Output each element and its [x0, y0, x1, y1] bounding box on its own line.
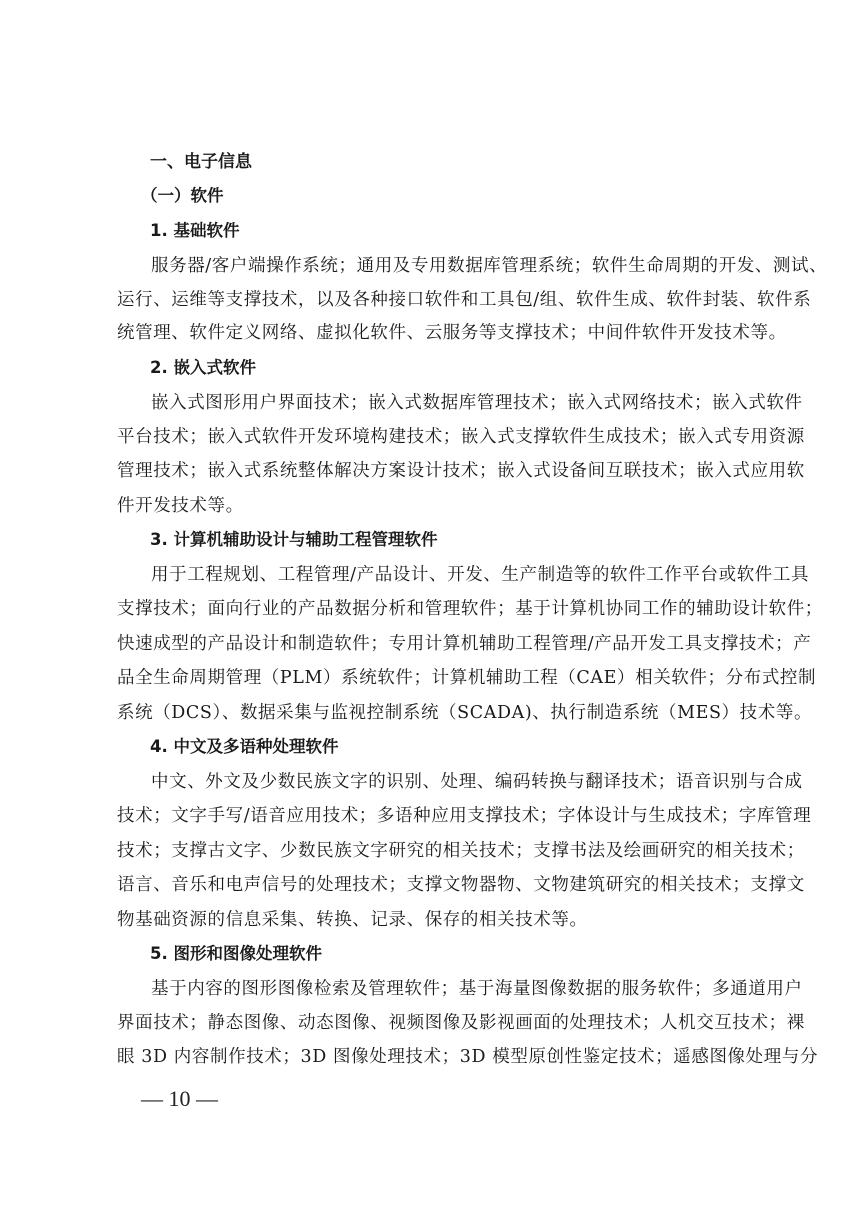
paragraph-line: 系统（DCS）、数据采集与监视控制系统（SCADA)、执行制造系统（MES）技术…: [117, 696, 742, 730]
paragraph-line: 界面技术；静态图像、动态图像、视频图像及影视画面的处理技术；人机交互技术；裸: [117, 1006, 742, 1040]
paragraph-line: 运行、运维等支撑技术，以及各种接口软件和工具包/组、软件生成、软件封装、软件系: [117, 283, 742, 317]
paragraph-line: 物基础资源的信息采集、转换、记录、保存的相关技术等。: [117, 903, 742, 937]
page-number: — 10 —: [141, 1083, 218, 1115]
paragraph-line: 嵌入式图形用户界面技术；嵌入式数据库管理技术；嵌入式网络技术；嵌入式软件: [151, 386, 742, 420]
document-page: 一、电子信息 （一）软件 1. 基础软件 服务器/客户端操作系统；通用及专用数据…: [0, 0, 860, 1216]
item-heading-1: 1. 基础软件: [150, 214, 775, 248]
paragraph-line: 技术；文字手写/语音应用技术；多语种应用支撑技术；字体设计与生成技术；字库管理: [117, 799, 742, 833]
item-heading-3: 3. 计算机辅助设计与辅助工程管理软件: [150, 523, 775, 557]
paragraph-line: 品全生命周期管理（PLM）系统软件；计算机辅助工程（CAE）相关软件；分布式控制: [117, 661, 742, 695]
paragraph-line: 管理技术；嵌入式系统整体解决方案设计技术；嵌入式设备间互联技术；嵌入式应用软: [117, 454, 742, 488]
paragraph-line: 基于内容的图形图像检索及管理软件；基于海量图像数据的服务软件；多通道用户: [151, 972, 742, 1006]
paragraph-line: 中文、外文及少数民族文字的识别、处理、编码转换与翻译技术；语音识别与合成: [151, 765, 742, 799]
paragraph-line: 用于工程规划、工程管理/产品设计、开发、生产制造等的软件工作平台或软件工具: [151, 558, 742, 592]
paragraph-line: 服务器/客户端操作系统；通用及专用数据库管理系统；软件生命周期的开发、测试、: [151, 249, 742, 283]
item-heading-5: 5. 图形和图像处理软件: [150, 937, 775, 971]
paragraph-line: 统管理、软件定义网络、虚拟化软件、云服务等支撑技术；中间件软件开发技术等。: [117, 316, 742, 350]
section-title: 一、电子信息: [150, 145, 775, 179]
item-heading-4: 4. 中文及多语种处理软件: [150, 730, 775, 764]
paragraph-line: 技术；支撑古文字、少数民族文字研究的相关技术；支撑书法及绘画研究的相关技术；: [117, 834, 742, 868]
paragraph-line: 支撑技术；面向行业的产品数据分析和管理软件；基于计算机协同工作的辅助设计软件；: [117, 592, 742, 626]
paragraph-line: 快速成型的产品设计和制造软件；专用计算机辅助工程管理/产品开发工具支撑技术；产: [117, 627, 742, 661]
paragraph-line: 眼 3D 内容制作技术；3D 图像处理技术；3D 模型原创性鉴定技术；遥感图像处…: [117, 1040, 742, 1074]
subsection-title: （一）软件: [141, 179, 766, 213]
item-heading-2: 2. 嵌入式软件: [150, 351, 775, 385]
paragraph-line: 平台技术；嵌入式软件开发环境构建技术；嵌入式支撑软件生成技术；嵌入式专用资源: [117, 420, 742, 454]
paragraph-line: 语言、音乐和电声信号的处理技术；支撑文物器物、文物建筑研究的相关技术；支撑文: [117, 868, 742, 902]
paragraph-line: 件开发技术等。: [117, 489, 742, 523]
